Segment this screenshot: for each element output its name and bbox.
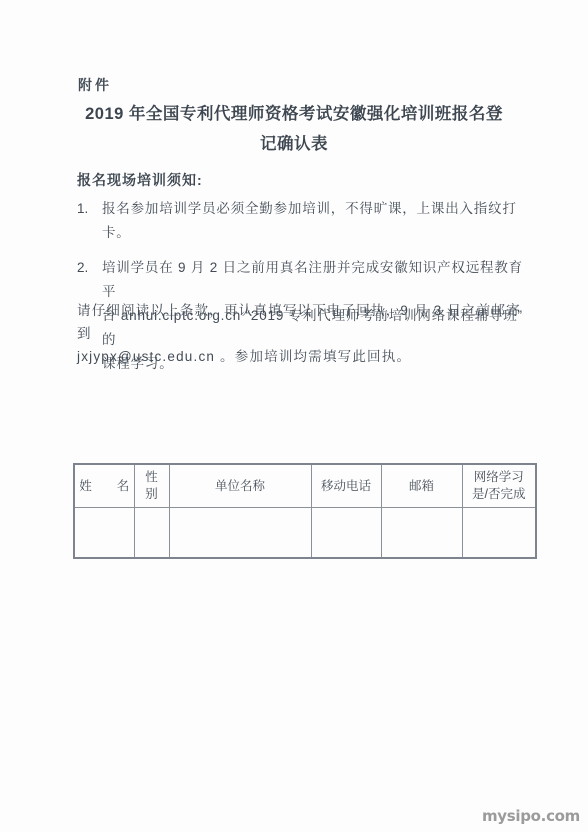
table-header-name: 姓 名 <box>74 464 134 508</box>
table-header-mobile: 移动电话 <box>311 464 381 508</box>
cell-name <box>74 508 134 559</box>
notice-item-text: 报名参加培训学员必须全勤参加培训，不得旷课，上课出入指纹打卡。 <box>102 197 529 245</box>
table-header-organization: 单位名称 <box>169 464 311 508</box>
attachment-label: 附件 <box>78 75 112 95</box>
table-header-row: 姓 名 性 别 单位名称 移动电话 邮箱 网络学习 是/否完成 <box>74 464 536 508</box>
cell-email <box>381 508 462 559</box>
table-header-online-study: 网络学习 是/否完成 <box>462 464 536 508</box>
table-header-gender: 性 别 <box>134 464 169 508</box>
notice-item-number: 1. <box>77 197 102 245</box>
instruction-paragraph: 请仔细阅读以上条款，再认真填写以下电子回执，9 月 3 日之前邮寄到 jxjyp… <box>77 299 529 368</box>
notice-item: 1. 报名参加培训学员必须全勤参加培训，不得旷课，上课出入指纹打卡。 <box>77 197 529 245</box>
cell-gender <box>134 508 169 559</box>
registration-table: 姓 名 性 别 单位名称 移动电话 邮箱 网络学习 是/否完成 <box>73 463 537 559</box>
cell-mobile <box>311 508 381 559</box>
notice-heading: 报名现场培训须知: <box>77 170 203 190</box>
cell-organization <box>169 508 311 559</box>
document-title: 2019 年全国专利代理师资格考试安徽强化培训班报名登 记确认表 <box>66 99 522 159</box>
cell-online-study <box>462 508 536 559</box>
watermark: mysipo.com <box>482 807 580 825</box>
table-row <box>74 508 536 559</box>
table-header-email: 邮箱 <box>381 464 462 508</box>
document-page: 附件 2019 年全国专利代理师资格考试安徽强化培训班报名登 记确认表 报名现场… <box>0 0 588 832</box>
